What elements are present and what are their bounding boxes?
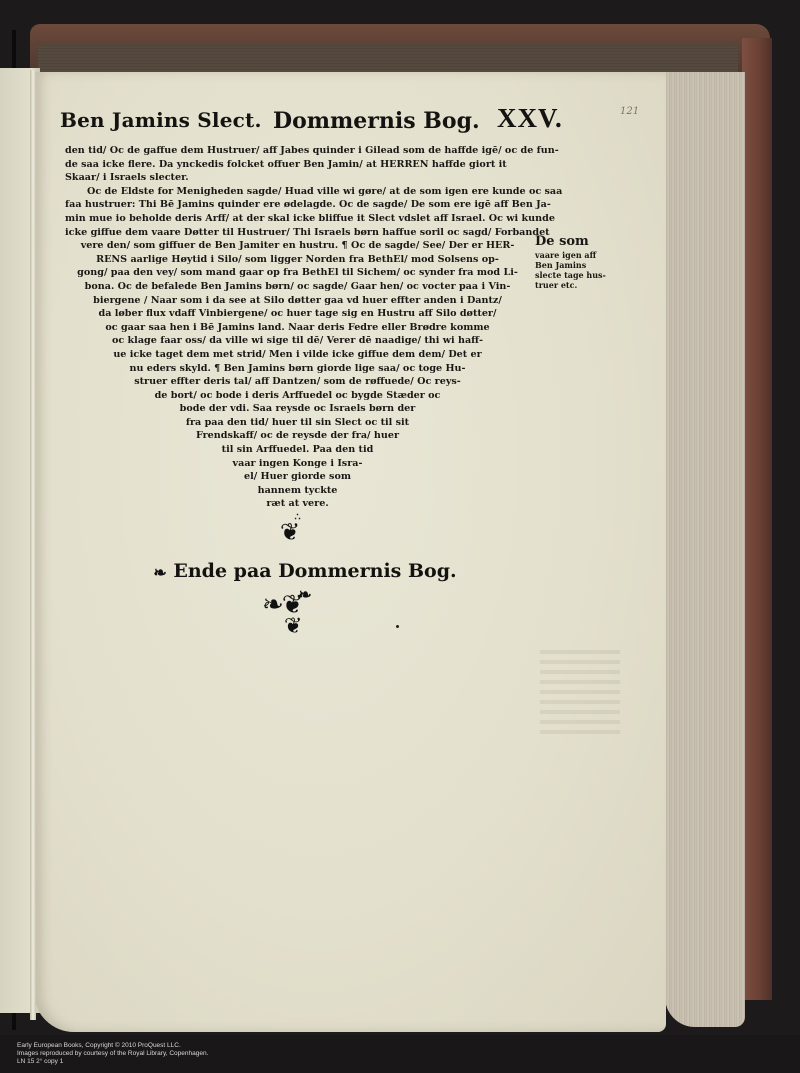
text-line: nu eders skyld. ¶ Ben Jamins børn giorde… [65, 362, 530, 376]
text-line: til sin Arffuedel. Paa den tid [65, 443, 530, 457]
image-caption: Early European Books, Copyright © 2010 P… [17, 1042, 208, 1067]
marginal-note-head: De som [535, 234, 615, 250]
marginal-note-line: slecte tage hus- [535, 270, 615, 280]
fleuron-top-icon: ❦ [280, 518, 300, 546]
book-cover-right [742, 38, 772, 1000]
text-line: den tid/ Oc de gaffue dem Hustruer/ aff … [65, 144, 530, 158]
text-line: da løber flux vdaff Vinbiergene/ oc huer… [65, 307, 530, 321]
text-line: Oc de Eldste for Menigheden sagde/ Huad … [65, 185, 530, 199]
caption-shelfmark: LN 15 2° copy 1 [17, 1058, 208, 1066]
running-head-left: Ben Jamins Slect. [60, 108, 262, 138]
marginal-note-line: vaare igen aff [535, 250, 615, 260]
text-line: el/ Huer giorde som [65, 470, 530, 484]
marginal-note: De som vaare igen aff Ben Jamins slecte … [535, 234, 615, 290]
running-head-chapter: XXV. [497, 103, 563, 133]
text-line: de bort/ oc bode i deris Arffuedel oc by… [65, 389, 530, 403]
text-line: bode der vdi. Saa reysde oc Israels børn… [65, 402, 530, 416]
text-line: bona. Oc de befalede Ben Jamins børn/ oc… [65, 280, 530, 294]
text-line: oc klage faar oss/ da ville wi sige til … [65, 334, 530, 348]
text-line: Frendskaff/ oc de reysde der fra/ huer [65, 429, 530, 443]
text-line: vere den/ som giffuer de Ben Jamiter en … [65, 239, 530, 253]
text-line: min mue io beholde deris Arff/ at der sk… [65, 212, 530, 226]
text-line: vaar ingen Konge i Isra- [65, 457, 530, 471]
marginal-note-line: truer etc. [535, 280, 615, 290]
page-fore-edge [665, 72, 745, 1027]
text-line: fra paa den tid/ huer til sin Slect oc t… [65, 416, 530, 430]
text-line: Skaar/ i Israels slecter. [65, 171, 530, 185]
text-line: RENS aarlige Høytid i Silo/ som ligger N… [65, 253, 530, 267]
book-gutter [30, 70, 36, 1020]
fleuron-left-icon: ❧ [153, 563, 166, 582]
running-head-center: Dommernis Bog. [273, 108, 480, 138]
marginal-note-line: Ben Jamins [535, 260, 615, 270]
text-line: icke giffue dem vaare Døtter til Hustrue… [65, 226, 530, 240]
text-line: biergene / Naar som i da see at Silo døt… [65, 294, 530, 308]
text-line: ræt at vere. [65, 497, 530, 511]
folio-number: 121 [620, 106, 639, 117]
paper-speck [396, 625, 399, 628]
text-line: oc gaar saa hen i Bē Jamins land. Naar d… [65, 321, 530, 335]
caption-copyright: Early European Books, Copyright © 2010 P… [17, 1042, 208, 1050]
show-through-text [540, 650, 620, 740]
text-line: hannem tyckte [65, 484, 530, 498]
colophon-title: Ende paa Dommernis Bog. [173, 560, 456, 582]
text-line: gong/ paa den vey/ som mand gaar op fra … [65, 266, 530, 280]
text-line: de saa icke flere. Da ynckedis folcket o… [65, 158, 530, 172]
text-line: ue icke taget dem met strid/ Men i vilde… [65, 348, 530, 362]
text-line: struer effter deris tal/ aff Dantzen/ so… [65, 375, 530, 389]
text-line: faa hustruer: Thi Bē Jamins quinder ere … [65, 198, 530, 212]
fleuron-bottom-drop-icon: ❦ [284, 614, 302, 639]
colophon: ❧ Ende paa Dommernis Bog. ❧ [145, 560, 465, 604]
body-text: den tid/ Oc de gaffue dem Hustruer/ aff … [65, 144, 530, 525]
